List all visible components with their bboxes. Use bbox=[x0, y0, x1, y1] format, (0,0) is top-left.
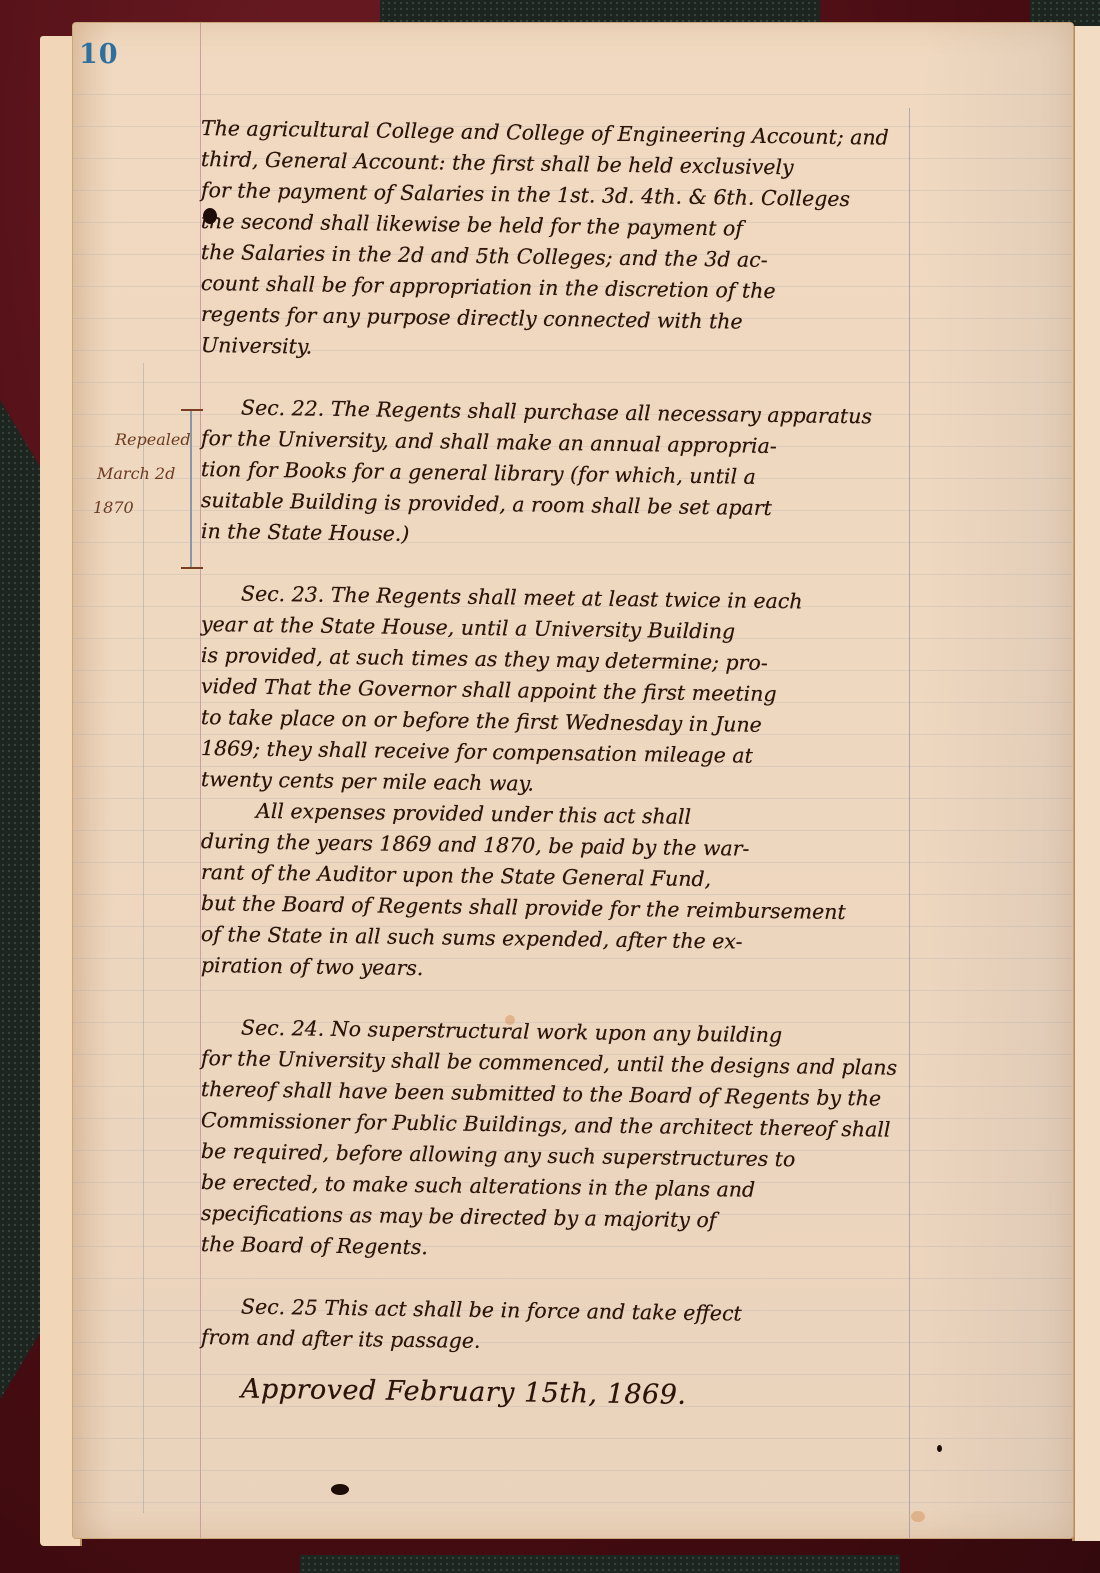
margin-note-line: Repealed bbox=[93, 423, 183, 457]
paragraph-intro: The agricultural College and College of … bbox=[201, 113, 921, 361]
paper-stain bbox=[505, 1015, 515, 1025]
handwritten-body: The agricultural College and College of … bbox=[201, 113, 921, 1404]
cover-cloth-bottom bbox=[300, 1555, 900, 1573]
margin-note-line: March 2d bbox=[93, 457, 183, 491]
margin-rule-left bbox=[143, 363, 144, 1513]
section-25: Sec. 25 This act shall be in force and t… bbox=[201, 1291, 921, 1353]
paper-stain bbox=[911, 1511, 925, 1522]
ink-blot bbox=[937, 1445, 942, 1452]
ink-blot bbox=[203, 208, 217, 224]
paragraph-expenses: All expenses provided under this act sha… bbox=[201, 795, 921, 981]
section-22: Sec. 22. The Regents shall purchase all … bbox=[201, 392, 921, 547]
section-23: Sec. 23. The Regents shall meet at least… bbox=[201, 578, 921, 795]
section-24: Sec. 24. No superstructural work upon an… bbox=[201, 1012, 921, 1260]
page-number: 10 bbox=[79, 39, 119, 70]
ink-blot bbox=[331, 1484, 349, 1495]
margin-note-line: 1870 bbox=[93, 491, 183, 525]
ledger-page: 10 Repealed March 2d 1870 The agricultur… bbox=[72, 22, 1074, 1539]
repealed-margin-note: Repealed March 2d 1870 bbox=[93, 423, 183, 525]
repeal-bracket bbox=[181, 405, 203, 573]
page-stack-right bbox=[1072, 26, 1100, 1541]
